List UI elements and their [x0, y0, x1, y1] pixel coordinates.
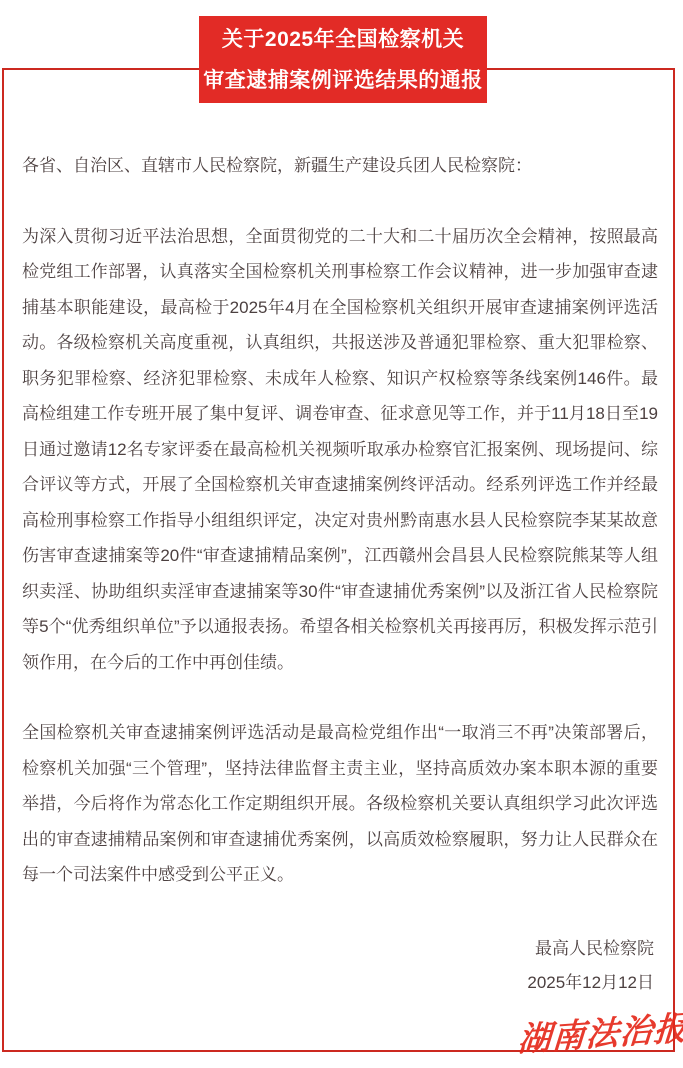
document-body: 各省、自治区、直辖市人民检察院，新疆生产建设兵团人民检察院： 为深入贯彻习近平法… [22, 148, 658, 1000]
salutation: 各省、自治区、直辖市人民检察院，新疆生产建设兵团人民检察院： [22, 148, 658, 184]
title-line-2: 审查逮捕案例评选结果的通报 [203, 60, 483, 101]
document-page: 关于2025年全国检察机关 审查逮捕案例评选结果的通报 各省、自治区、直辖市人民… [0, 0, 683, 1068]
title-banner: 关于2025年全国检察机关 审查逮捕案例评选结果的通报 [199, 16, 487, 103]
paragraph-1: 为深入贯彻习近平法治思想，全面贯彻党的二十大和二十届历次全会精神，按照最高检党组… [22, 219, 658, 681]
issue-date: 2025年12月12日 [22, 966, 654, 1000]
title-line-1: 关于2025年全国检察机关 [222, 19, 464, 60]
issuer-name: 最高人民检察院 [22, 932, 654, 966]
signature-block: 最高人民检察院 2025年12月12日 [22, 932, 658, 1000]
paragraph-2: 全国检察机关审查逮捕案例评选活动是最高检党组作出“一取消三不再”决策部署后，检察… [22, 715, 658, 893]
